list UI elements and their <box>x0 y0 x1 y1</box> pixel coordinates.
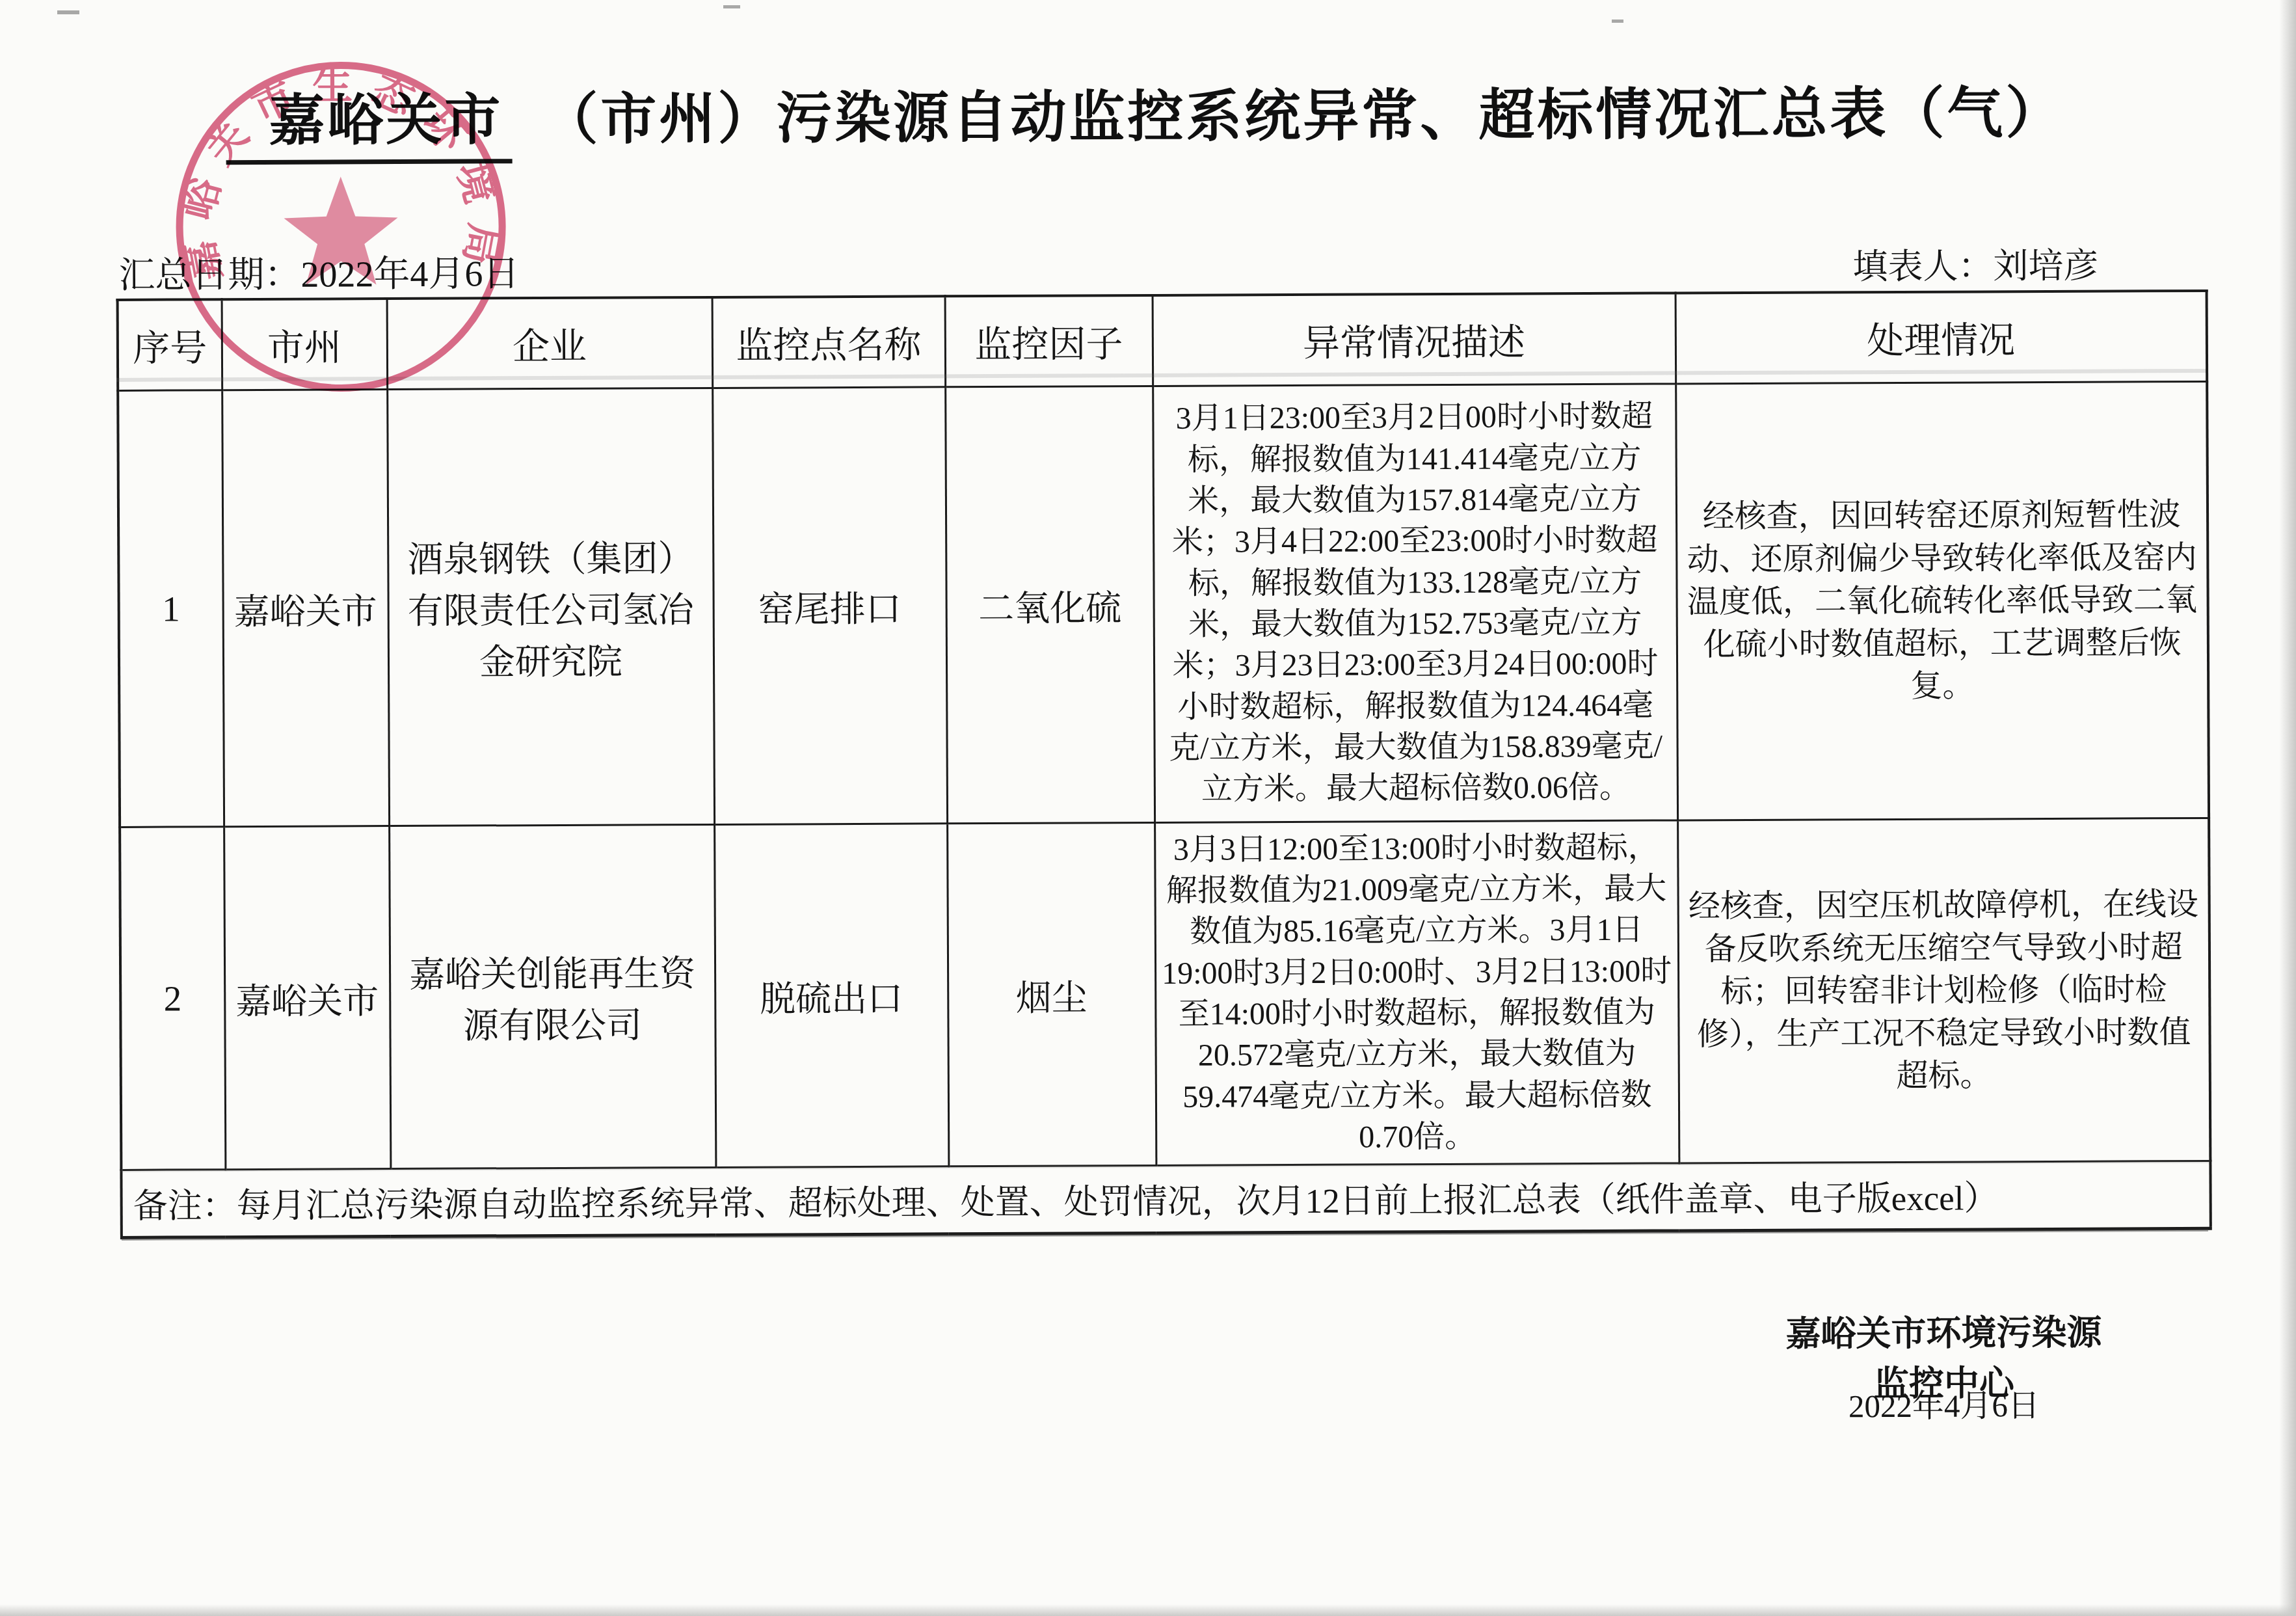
preparer-label: 填表人： <box>1852 247 1993 286</box>
cell-enterprise: 酒泉钢铁（集团）有限责任公司氢冶金研究院 <box>387 388 714 826</box>
cell-point: 窑尾排口 <box>712 387 947 825</box>
cell-factor: 二氧化硫 <box>945 386 1155 823</box>
scanned-page: 嘉峪关市（市州）污染源自动监控系统异常、超标情况汇总表（气） 汇总日期：2022… <box>0 0 2296 1616</box>
scan-speck <box>1612 20 1623 23</box>
official-seal-stamp: 嘉峪关市生态环境局 <box>158 40 524 406</box>
table-row-2: 2 嘉峪关市 嘉峪关创能再生资源有限公司 脱硫出口 烟尘 3月3日12:00至1… <box>120 818 2210 1170</box>
cell-city: 嘉峪关市 <box>224 826 390 1170</box>
scan-speck <box>723 5 740 8</box>
cell-anomaly: 3月1日23:00至3月2日00时小时数超标，解报数值为141.414毫克/立方… <box>1153 384 1677 823</box>
title-rest: （市州）污染源自动监控系统异常、超标情况汇总表（气） <box>542 82 2064 151</box>
cell-point: 脱硫出口 <box>714 824 948 1168</box>
cell-city: 嘉峪关市 <box>222 390 389 827</box>
scan-edge-shadow-bottom <box>0 1604 2296 1616</box>
preparer-value: 刘培彦 <box>1993 247 2098 286</box>
cell-enterprise: 嘉峪关创能再生资源有限公司 <box>389 824 715 1168</box>
note-cell: 备注：每月汇总污染源自动监控系统异常、超标处理、处置、处罚情况，次月12日前上报… <box>121 1161 2210 1237</box>
cell-handling: 经核查，因空压机故障停机，在线设备反吹系统无压缩空气导致小时超标；回转窑非计划检… <box>1677 818 2210 1163</box>
summary-table: 序号 市州 企业 监控点名称 监控因子 异常情况描述 处理情况 1 嘉峪关市 酒… <box>116 290 2212 1239</box>
cell-factor: 烟尘 <box>947 822 1156 1166</box>
cell-seq: 2 <box>120 827 225 1170</box>
cell-handling: 经核查，因回转窑还原剂短暂性波动、还原剂偏少导致转化率低及窑内温度低，二氧化硫转… <box>1675 381 2209 820</box>
scan-speck <box>57 10 79 14</box>
cell-anomaly: 3月3日12:00至13:00时小时数超标，解报数值为21.009毫克/立方米，… <box>1155 820 1679 1166</box>
table-row-1: 1 嘉峪关市 酒泉钢铁（集团）有限责任公司氢冶金研究院 窑尾排口 二氧化硫 3月… <box>118 381 2209 827</box>
preparer-line: 填表人：刘培彦 <box>1852 238 2098 290</box>
table-note-row: 备注：每月汇总污染源自动监控系统异常、超标处理、处置、处罚情况，次月12日前上报… <box>121 1161 2210 1237</box>
footer-date: 2022年4月6日 <box>1772 1380 2116 1427</box>
scan-edge-shadow-right <box>2279 0 2296 1616</box>
cell-seq: 1 <box>118 390 224 828</box>
seal-star-icon <box>284 176 398 285</box>
